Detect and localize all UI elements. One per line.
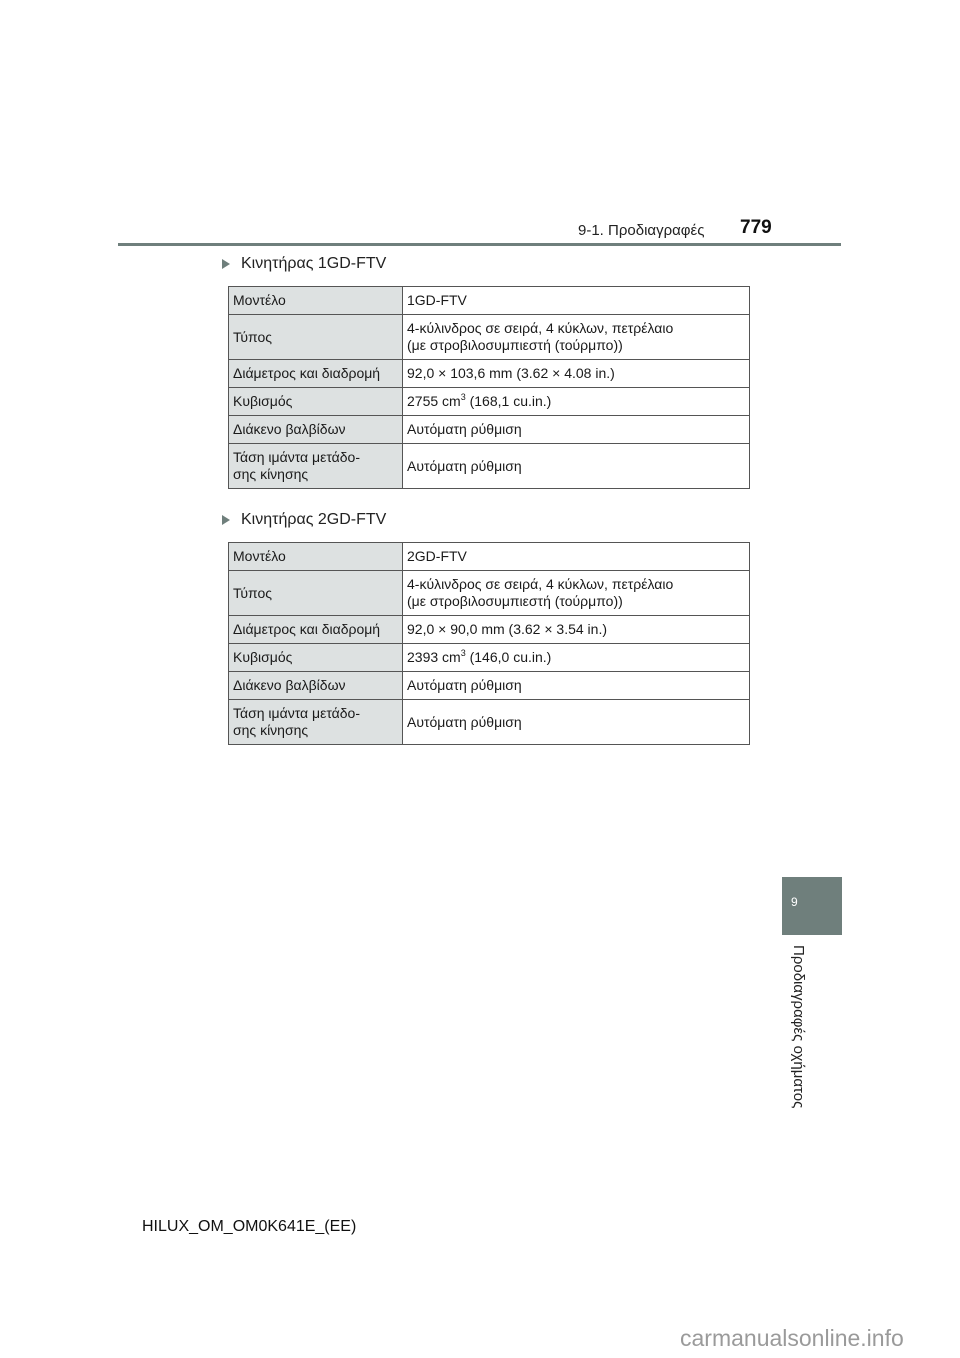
row-value: 4-κύλινδρος σε σειρά, 4 κύκλων, πετρέλαι… xyxy=(403,315,750,360)
row-label: Μοντέλο xyxy=(229,543,403,571)
row-label: Μοντέλο xyxy=(229,287,403,315)
chapter-tab[interactable]: 9 xyxy=(782,877,842,935)
table-row: Μοντέλο 1GD-FTV xyxy=(229,287,750,315)
row-label: Τάση ιμάντα μετάδο-σης κίνησης xyxy=(229,444,403,489)
label-line: Τάση ιμάντα μετάδο- xyxy=(233,705,398,722)
section-heading-text: Κινητήρας 2GD-FTV xyxy=(241,511,386,529)
row-value: 1GD-FTV xyxy=(403,287,750,315)
section-heading-text: Κινητήρας 1GD-FTV xyxy=(241,255,386,273)
row-value: 4-κύλινδρος σε σειρά, 4 κύκλων, πετρέλαι… xyxy=(403,571,750,616)
section-heading-1gd: Κινητήρας 1GD-FTV xyxy=(222,255,386,273)
row-label: Διάκενο βαλβίδων xyxy=(229,672,403,700)
footer-doc-code: HILUX_OM_OM0K641E_(EE) xyxy=(142,1218,356,1236)
triangle-bullet-icon xyxy=(222,259,230,269)
table-row: Τύπος 4-κύλινδρος σε σειρά, 4 κύκλων, πε… xyxy=(229,571,750,616)
chapter-number: 9 xyxy=(791,895,798,909)
value-line: 4-κύλινδρος σε σειρά, 4 κύκλων, πετρέλαι… xyxy=(407,320,673,336)
value-line: (με στροβιλοσυμπιεστή (τούρμπο)) xyxy=(407,593,623,609)
header-section-title: 9-1. Προδιαγραφές xyxy=(578,222,704,239)
row-label: Τύπος xyxy=(229,315,403,360)
table-row: Τύπος 4-κύλινδρος σε σειρά, 4 κύκλων, πε… xyxy=(229,315,750,360)
table-row: Τάση ιμάντα μετάδο-σης κίνησης Αυτόματη … xyxy=(229,444,750,489)
row-value: 92,0 × 103,6 mm (3.62 × 4.08 in.) xyxy=(403,360,750,388)
table-row: Διάμετρος και διαδρομή 92,0 × 90,0 mm (3… xyxy=(229,616,750,644)
row-label: Τύπος xyxy=(229,571,403,616)
row-value: 2GD-FTV xyxy=(403,543,750,571)
row-value: Αυτόματη ρύθμιση xyxy=(403,672,750,700)
value-line: (με στροβιλοσυμπιεστή (τούρμπο)) xyxy=(407,337,623,353)
chapter-title-vertical: Προδιαγραφές οχήματος xyxy=(790,945,807,1108)
value-text: (146,0 cu.in.) xyxy=(466,649,552,665)
spec-table-2gd: Μοντέλο 2GD-FTV Τύπος 4-κύλινδρος σε σει… xyxy=(228,542,750,745)
table-row: Κυβισμός 2393 cm3 (146,0 cu.in.) xyxy=(229,644,750,672)
spec-table-1gd: Μοντέλο 1GD-FTV Τύπος 4-κύλινδρος σε σει… xyxy=(228,286,750,489)
row-label: Κυβισμός xyxy=(229,388,403,416)
row-label: Κυβισμός xyxy=(229,644,403,672)
section-heading-2gd: Κινητήρας 2GD-FTV xyxy=(222,511,386,529)
row-value: 2755 cm3 (168,1 cu.in.) xyxy=(403,388,750,416)
table-row: Τάση ιμάντα μετάδο-σης κίνησης Αυτόματη … xyxy=(229,700,750,745)
value-text: 2755 cm xyxy=(407,393,461,409)
label-line: σης κίνησης xyxy=(233,722,398,739)
label-line: Τάση ιμάντα μετάδο- xyxy=(233,449,398,466)
table-row: Κυβισμός 2755 cm3 (168,1 cu.in.) xyxy=(229,388,750,416)
value-line: 4-κύλινδρος σε σειρά, 4 κύκλων, πετρέλαι… xyxy=(407,576,673,592)
row-value: Αυτόματη ρύθμιση xyxy=(403,416,750,444)
table-row: Μοντέλο 2GD-FTV xyxy=(229,543,750,571)
table-row: Διάμετρος και διαδρομή 92,0 × 103,6 mm (… xyxy=(229,360,750,388)
triangle-bullet-icon xyxy=(222,515,230,525)
value-text: 2393 cm xyxy=(407,649,461,665)
row-value: Αυτόματη ρύθμιση xyxy=(403,444,750,489)
row-value: 92,0 × 90,0 mm (3.62 × 3.54 in.) xyxy=(403,616,750,644)
row-label: Διάμετρος και διαδρομή xyxy=(229,616,403,644)
row-value: 2393 cm3 (146,0 cu.in.) xyxy=(403,644,750,672)
value-text: (168,1 cu.in.) xyxy=(466,393,552,409)
row-label: Διάκενο βαλβίδων xyxy=(229,416,403,444)
table-row: Διάκενο βαλβίδων Αυτόματη ρύθμιση xyxy=(229,416,750,444)
watermark: carmanualsonline.info xyxy=(680,1325,904,1352)
page-number: 779 xyxy=(740,217,772,239)
row-label: Διάμετρος και διαδρομή xyxy=(229,360,403,388)
label-line: σης κίνησης xyxy=(233,466,398,483)
row-label: Τάση ιμάντα μετάδο-σης κίνησης xyxy=(229,700,403,745)
table-row: Διάκενο βαλβίδων Αυτόματη ρύθμιση xyxy=(229,672,750,700)
row-value: Αυτόματη ρύθμιση xyxy=(403,700,750,745)
header-divider xyxy=(118,243,841,246)
